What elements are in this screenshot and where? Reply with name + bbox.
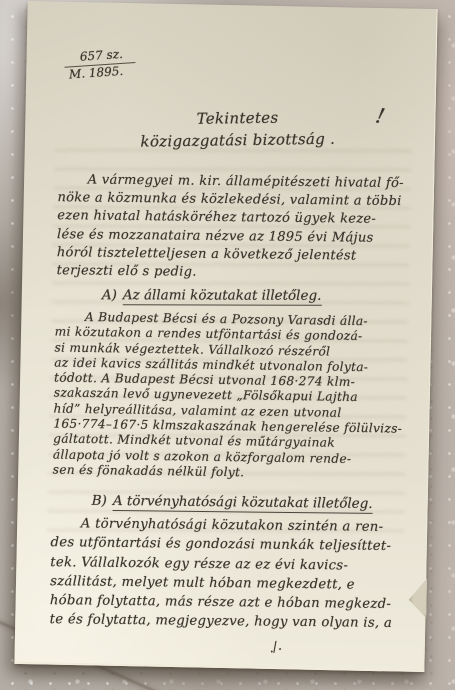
photo-scene: 657 sz. M. 1895. Tekintetes közigazgatás…	[0, 0, 455, 690]
handwritten-content: 657 sz. M. 1895. Tekintetes közigazgatás…	[14, 1, 436, 670]
section-b-heading: B)A törvényhatósági közutakat illetőleg.	[92, 493, 409, 513]
paragraph-intro: A vármegyei m. kir. államépitészeti hiva…	[57, 171, 415, 284]
text-line: te és folytatta, megjegyezve, hogy van o…	[50, 611, 407, 634]
salutation: Tekintetes közigazgatási bizottság . !	[59, 105, 417, 154]
paragraph-section-a: A Budapest Bécsi és a Pozsony Varasdi ál…	[53, 310, 412, 484]
document-page: 657 sz. M. 1895. Tekintetes közigazgatás…	[14, 1, 437, 672]
section-b-title: A törvényhatósági közutakat illetőleg.	[113, 493, 373, 514]
docket-number: 657 sz. M. 1895.	[63, 46, 136, 83]
paragraph-section-b: A törvényhatósági közutakon szintén a re…	[50, 515, 408, 635]
text-line: terjeszti elő s pedig.	[57, 262, 414, 284]
continuation-mark: ./.	[267, 639, 283, 657]
salutation-line-2: közigazgatási bizottság .	[59, 127, 416, 154]
section-a-title: Az állami közutakat illetőleg.	[123, 287, 322, 306]
section-b-label: B)	[92, 493, 107, 509]
section-a-label: A)	[102, 287, 117, 303]
section-a-heading: A)Az állami közutakat illetőleg.	[102, 287, 413, 304]
